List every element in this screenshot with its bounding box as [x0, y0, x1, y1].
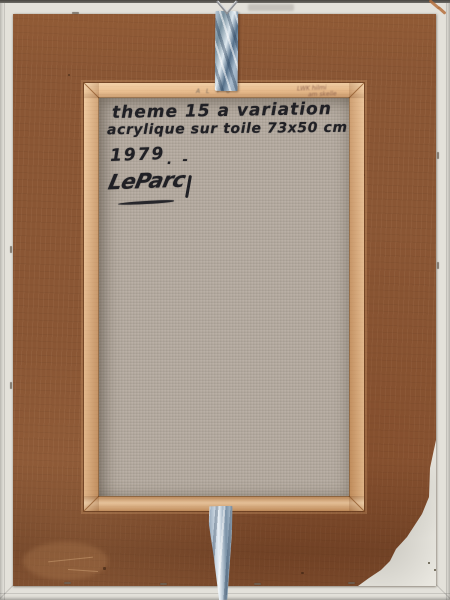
stretcher-frame: A L + o LWK hilmi am skelle theme 15 a v…	[84, 83, 364, 511]
stretcher-bar-right	[349, 83, 364, 511]
signature-slash-stroke	[185, 175, 191, 198]
staple	[437, 262, 439, 269]
speck	[68, 74, 70, 76]
faint-stamp-smudge	[248, 4, 294, 11]
photo-artwork-verso: A L + o LWK hilmi am skelle theme 15 a v…	[0, 0, 450, 600]
staple	[10, 382, 12, 389]
staple	[254, 583, 261, 585]
frame-right-seam	[446, 3, 447, 600]
speck	[434, 569, 436, 571]
canvas-back: theme 15 a variation acrylique sur toile…	[99, 98, 349, 496]
inscription-medium-dimensions: acrylique sur toile 73x50 cm	[107, 120, 348, 139]
staple	[10, 246, 12, 253]
artist-signature: LeParc	[106, 168, 187, 195]
staple	[72, 12, 79, 14]
speck	[103, 567, 106, 570]
scuff-mark	[23, 542, 108, 580]
staple	[348, 582, 355, 584]
speck	[301, 572, 304, 574]
triangle-hanger-icon	[213, 0, 241, 19]
staple	[437, 152, 439, 159]
staple	[64, 582, 71, 584]
inscription-dots: . -	[167, 153, 191, 168]
speck	[428, 562, 430, 564]
staple	[160, 583, 167, 585]
signature-underline-flourish	[118, 200, 174, 206]
stretcher-bar-left	[84, 83, 99, 511]
frame-left-seam	[4, 3, 5, 600]
metallic-tape-top	[215, 11, 239, 91]
inscription-year: 1979	[110, 144, 166, 166]
